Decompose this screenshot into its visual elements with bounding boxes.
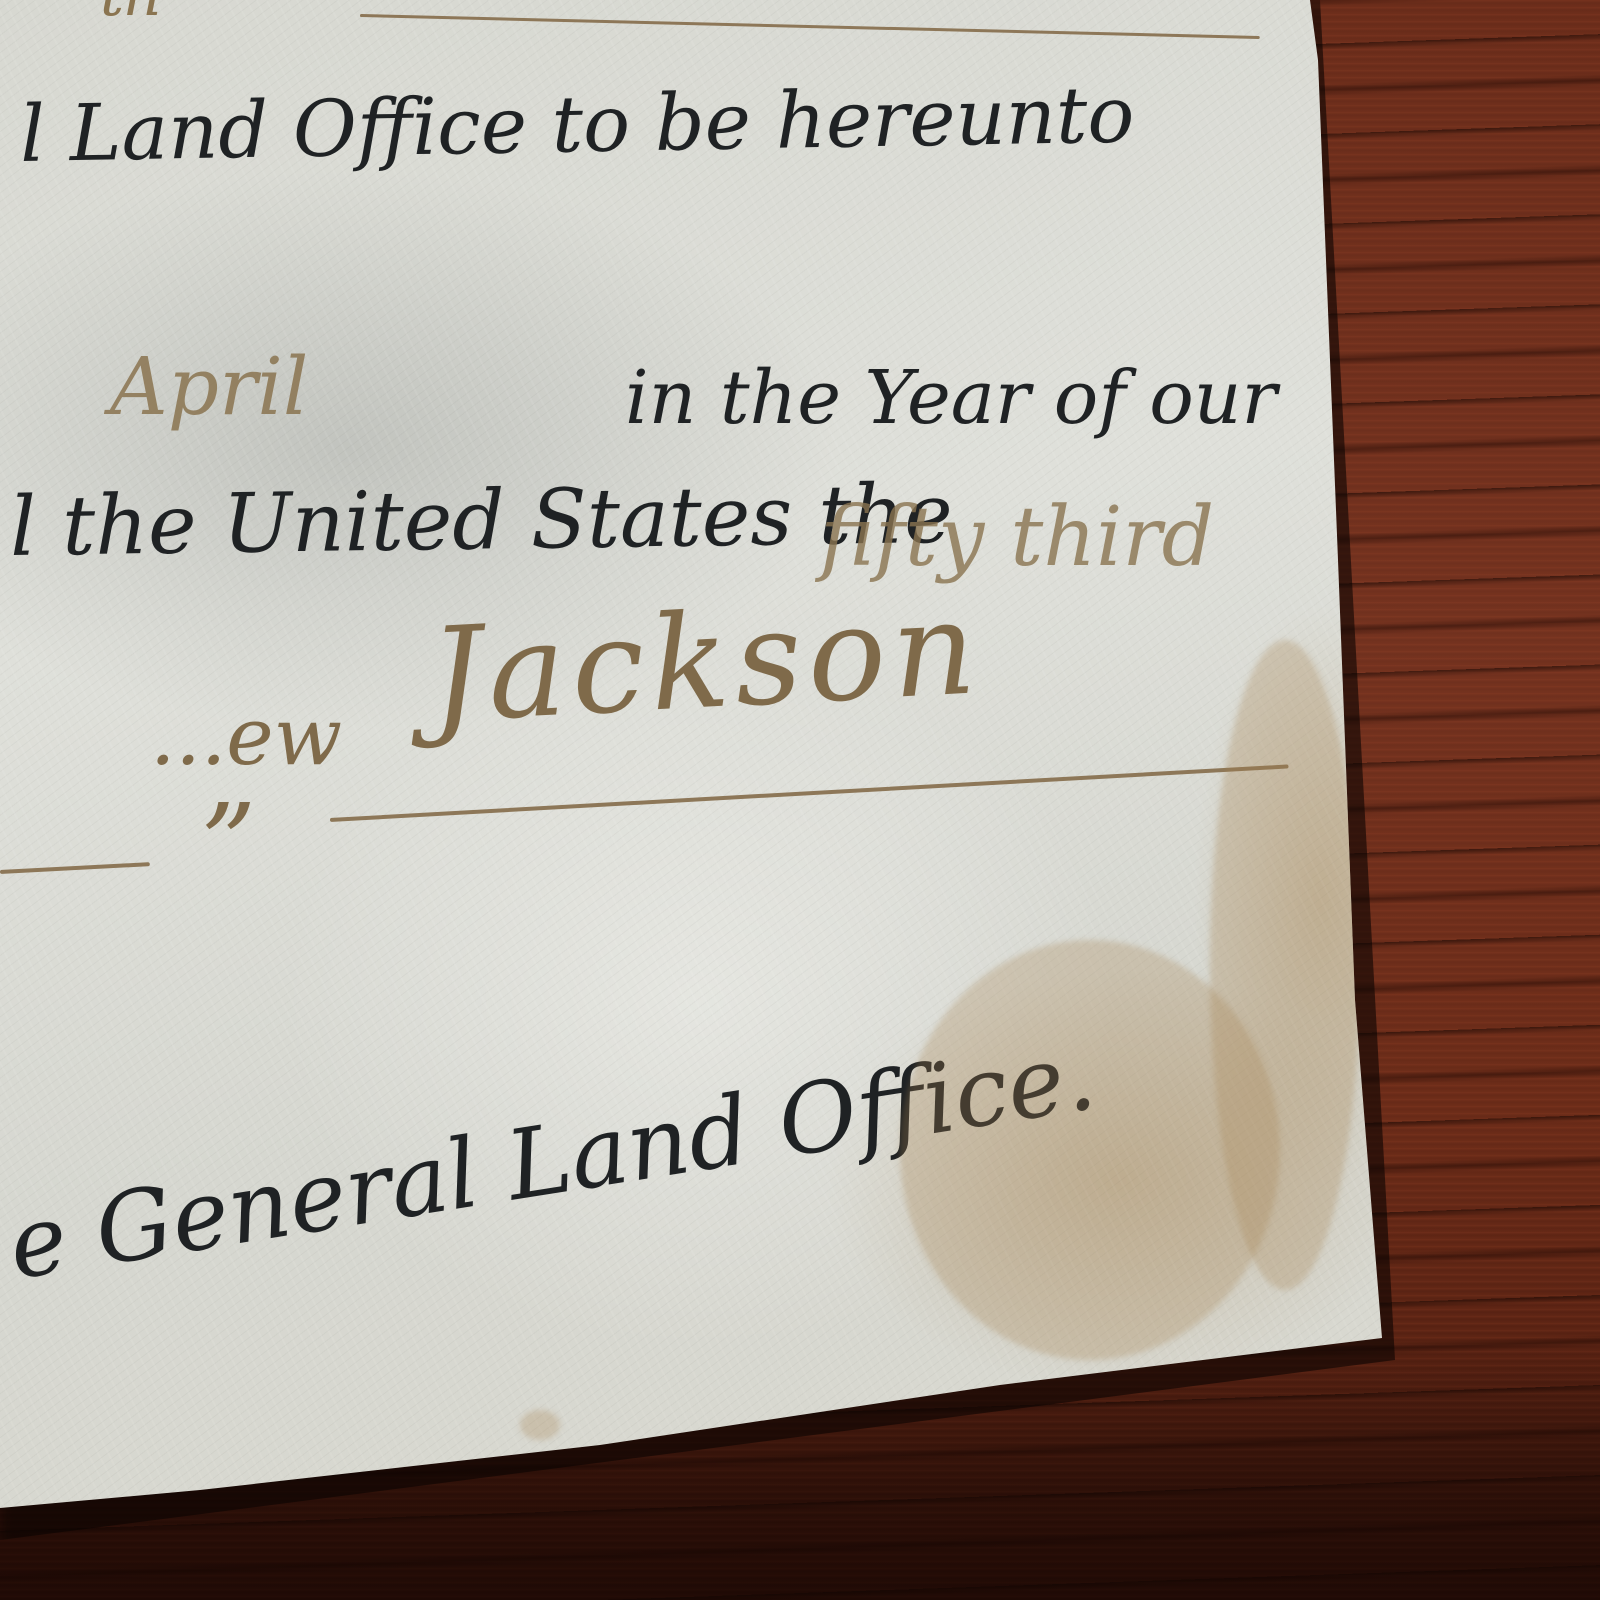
handwritten-month: April (110, 340, 308, 433)
water-stain (1210, 640, 1360, 1290)
printed-line-united-states: l the United States the (9, 467, 953, 575)
signature-prefix: ...ew (150, 690, 342, 783)
spot-stain (520, 1410, 560, 1440)
printed-line-year-of-our: in the Year of our (625, 355, 1277, 441)
handwritten-top-fragment: th (100, 0, 163, 30)
handwritten-year-ordinal: fifty third (820, 490, 1214, 585)
signature-surname: Jackson (426, 571, 985, 752)
signature-mark: ” (200, 780, 256, 908)
